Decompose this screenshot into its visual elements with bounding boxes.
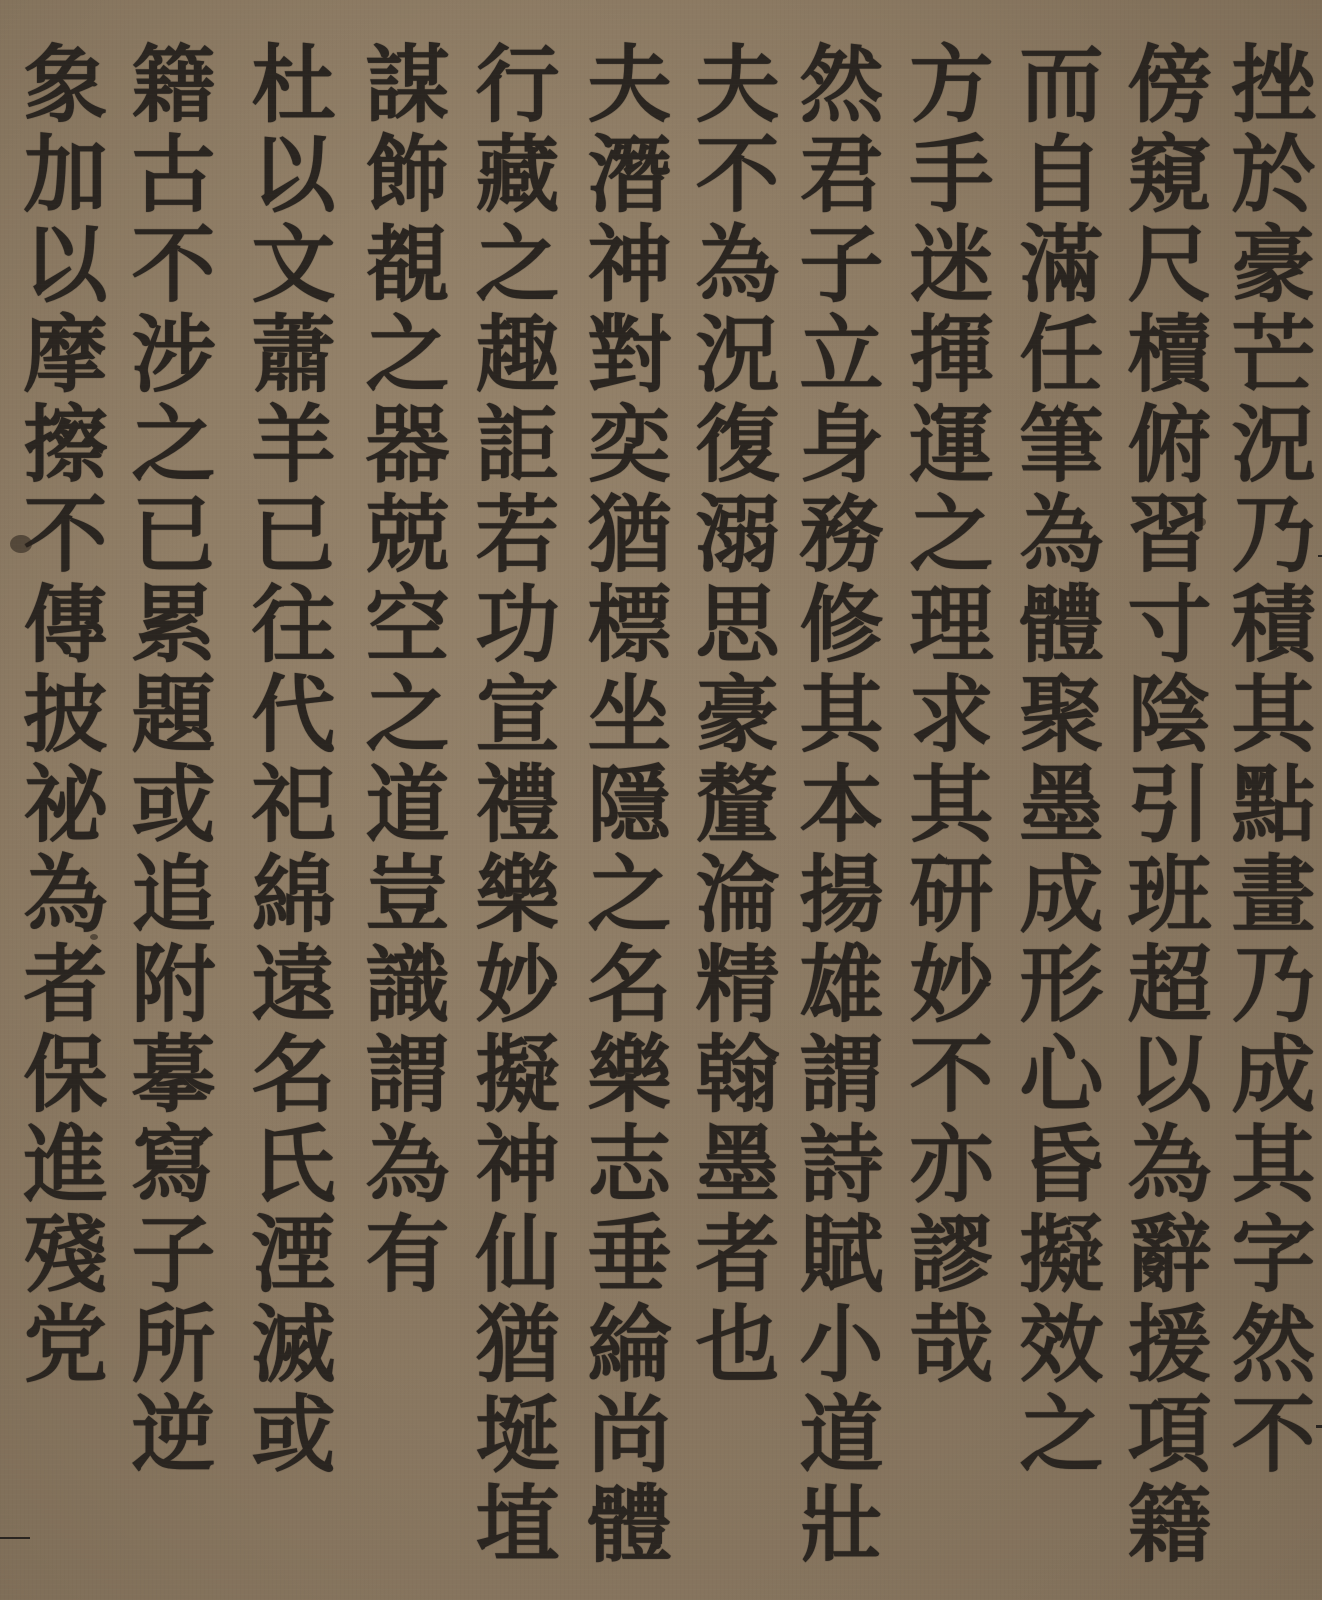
calligraphy-column-6: 夫不為況復溺思豪釐淪精翰墨者也 (676, 40, 786, 1580)
edge-mark (1316, 1425, 1322, 1428)
calligraphy-column-5: 然君子立身務修其本揚雄謂詩賦小道壯 (780, 40, 890, 1580)
edge-mark (0, 1537, 30, 1539)
calligraphy-column-12: 象加以摩擦不傳披祕為者保進殘党 (4, 40, 114, 1580)
calligraphy-column-7: 夫潛神對奕猶標坐隱之名樂志垂綸尚體 (568, 40, 678, 1580)
calligraphy-column-10: 杜以文蕭羊已往代祀綿遠名氏湮滅或 (232, 40, 342, 1580)
calligraphy-column-3: 而自滿任筆為體聚墨成形心昏擬效之 (1000, 40, 1110, 1580)
ink-spot (1198, 518, 1206, 526)
edge-mark (1318, 555, 1322, 557)
calligraphy-page: 挫於豪芒況乃積其點畫乃成其字然不 傍窺尺櫝俯習寸陰引班超以為辭援項籍 而自滿任筆… (0, 0, 1322, 1600)
calligraphy-column-4: 方手迷揮運之理求其研妙不亦謬哉 (890, 40, 1000, 1580)
calligraphy-column-2: 傍窺尺櫝俯習寸陰引班超以為辭援項籍 (1108, 40, 1218, 1580)
calligraphy-column-9: 謀飾覩之器兢空之道豈識謂為有 (346, 40, 456, 1580)
ink-spot (90, 934, 98, 940)
calligraphy-column-8: 行藏之趣詎若功宣禮樂妙擬神仙猶埏埴 (456, 40, 566, 1580)
text-columns: 挫於豪芒況乃積其點畫乃成其字然不 傍窺尺櫝俯習寸陰引班超以為辭援項籍 而自滿任筆… (0, 40, 1322, 1580)
calligraphy-column-1: 挫於豪芒況乃積其點畫乃成其字然不 (1212, 40, 1322, 1580)
calligraphy-column-11: 籍古不涉之已累題或追附摹寫子所逆 (112, 40, 222, 1580)
ink-stain (10, 535, 32, 553)
